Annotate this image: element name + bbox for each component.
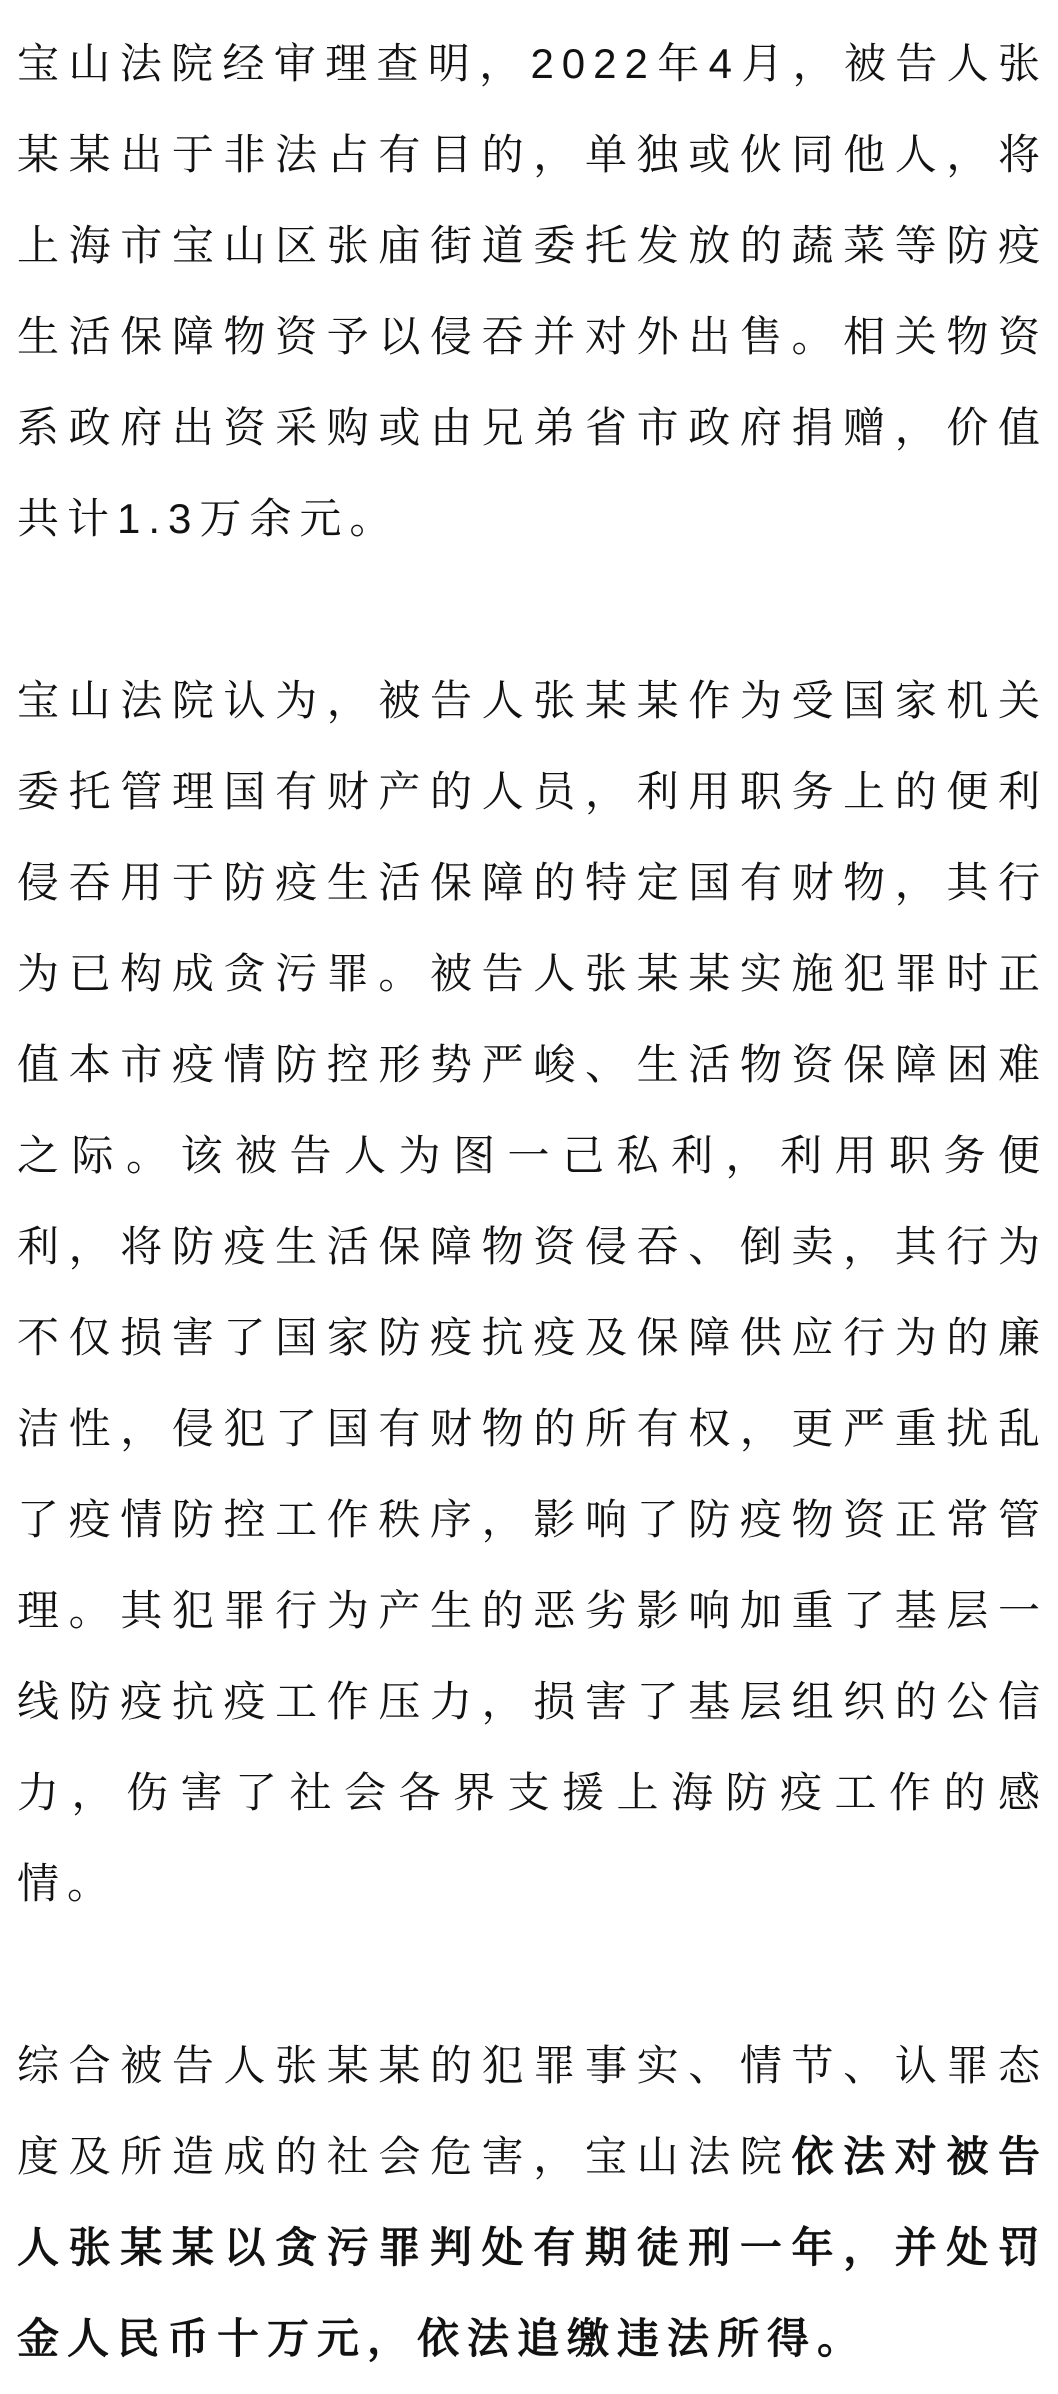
text-line: 之际。该被告人为图一己私利，利用职务便 [17, 1110, 1048, 1201]
verdict-bold-text: 依法对被告 [791, 2133, 1048, 2180]
text-segment: 理。其犯罪行为产生的恶劣影响加重了基层一 [17, 1587, 1048, 1634]
text-segment: 值本市疫情防控形势严峻、生活物资保障困难 [17, 1041, 1048, 1088]
text-segment: 情。 [17, 1860, 117, 1907]
text-segment: 上海市宝山区张庙街道委托发放的蔬菜等防疫 [17, 222, 1048, 269]
text-line: 不仅损害了国家防疫抗疫及保障供应行为的廉 [17, 1292, 1048, 1383]
paragraph-facts: 宝山法院经审理查明，2022年4月，被告人张某某出于非法占有目的，单独或伙同他人… [17, 18, 1048, 564]
text-line: 情。 [17, 1838, 1048, 1929]
text-line: 力，伤害了社会各界支援上海防疫工作的感 [17, 1747, 1048, 1838]
text-segment: 某某出于非法占有目的，单独或伙同他人，将 [17, 131, 1048, 178]
text-segment: 宝山法院经审理查明，2022年4月，被告人张 [17, 40, 1048, 87]
text-segment: 力，伤害了社会各界支援上海防疫工作的感 [17, 1769, 1048, 1816]
text-line: 上海市宝山区张庙街道委托发放的蔬菜等防疫 [17, 200, 1048, 291]
paragraph-court-opinion: 宝山法院认为，被告人张某某作为受国家机关委托管理国有财产的人员，利用职务上的便利… [17, 655, 1048, 1929]
text-segment: 了疫情防控工作秩序，影响了防疫物资正常管 [17, 1496, 1048, 1543]
text-segment: 之际。该被告人为图一己私利，利用职务便 [17, 1132, 1048, 1179]
article-body: 宝山法院经审理查明，2022年4月，被告人张某某出于非法占有目的，单独或伙同他人… [0, 0, 1058, 2384]
text-segment: 生活保障物资予以侵吞并对外出售。相关物资 [17, 313, 1048, 360]
text-line: 某某出于非法占有目的，单独或伙同他人，将 [17, 109, 1048, 200]
text-segment: 侵吞用于防疫生活保障的特定国有财物，其行 [17, 859, 1048, 906]
text-segment: 综合被告人张某某的犯罪事实、情节、认罪态 [17, 2042, 1048, 2089]
text-segment: 为已构成贪污罪。被告人张某某实施犯罪时正 [17, 950, 1048, 997]
text-segment: 宝山法院认为，被告人张某某作为受国家机关 [17, 677, 1048, 724]
verdict-bold-text: 金人民币十万元，依法追缴违法所得。 [17, 2315, 867, 2362]
paragraph-verdict: 综合被告人张某某的犯罪事实、情节、认罪态度及所造成的社会危害，宝山法院依法对被告… [17, 2020, 1048, 2384]
text-segment: 洁性，侵犯了国有财物的所有权，更严重扰乱 [17, 1405, 1048, 1452]
text-line: 人张某某以贪污罪判处有期徒刑一年，并处罚 [17, 2202, 1048, 2293]
text-line: 利，将防疫生活保障物资侵吞、倒卖，其行为 [17, 1201, 1048, 1292]
text-line: 洁性，侵犯了国有财物的所有权，更严重扰乱 [17, 1383, 1048, 1474]
text-line: 了疫情防控工作秩序，影响了防疫物资正常管 [17, 1474, 1048, 1565]
text-segment: 委托管理国有财产的人员，利用职务上的便利 [17, 768, 1048, 815]
text-line: 生活保障物资予以侵吞并对外出售。相关物资 [17, 291, 1048, 382]
text-line: 委托管理国有财产的人员，利用职务上的便利 [17, 746, 1048, 837]
text-line: 共计1.3万余元。 [17, 473, 1048, 564]
text-segment: 系政府出资采购或由兄弟省市政府捐赠，价值 [17, 404, 1048, 451]
text-line: 为已构成贪污罪。被告人张某某实施犯罪时正 [17, 928, 1048, 1019]
text-line: 侵吞用于防疫生活保障的特定国有财物，其行 [17, 837, 1048, 928]
text-line: 系政府出资采购或由兄弟省市政府捐赠，价值 [17, 382, 1048, 473]
text-segment: 度及所造成的社会危害，宝山法院 [17, 2133, 791, 2180]
text-line: 金人民币十万元，依法追缴违法所得。 [17, 2293, 1048, 2384]
text-line: 综合被告人张某某的犯罪事实、情节、认罪态 [17, 2020, 1048, 2111]
text-line: 度及所造成的社会危害，宝山法院依法对被告 [17, 2111, 1048, 2202]
text-segment: 线防疫抗疫工作压力，损害了基层组织的公信 [17, 1678, 1048, 1725]
text-segment: 共计1.3万余元。 [17, 495, 399, 542]
text-segment: 利，将防疫生活保障物资侵吞、倒卖，其行为 [17, 1223, 1048, 1270]
text-line: 宝山法院认为，被告人张某某作为受国家机关 [17, 655, 1048, 746]
verdict-bold-text: 人张某某以贪污罪判处有期徒刑一年，并处罚 [17, 2224, 1048, 2271]
text-line: 理。其犯罪行为产生的恶劣影响加重了基层一 [17, 1565, 1048, 1656]
text-line: 宝山法院经审理查明，2022年4月，被告人张 [17, 18, 1048, 109]
text-line: 线防疫抗疫工作压力，损害了基层组织的公信 [17, 1656, 1048, 1747]
text-segment: 不仅损害了国家防疫抗疫及保障供应行为的廉 [17, 1314, 1048, 1361]
text-line: 值本市疫情防控形势严峻、生活物资保障困难 [17, 1019, 1048, 1110]
